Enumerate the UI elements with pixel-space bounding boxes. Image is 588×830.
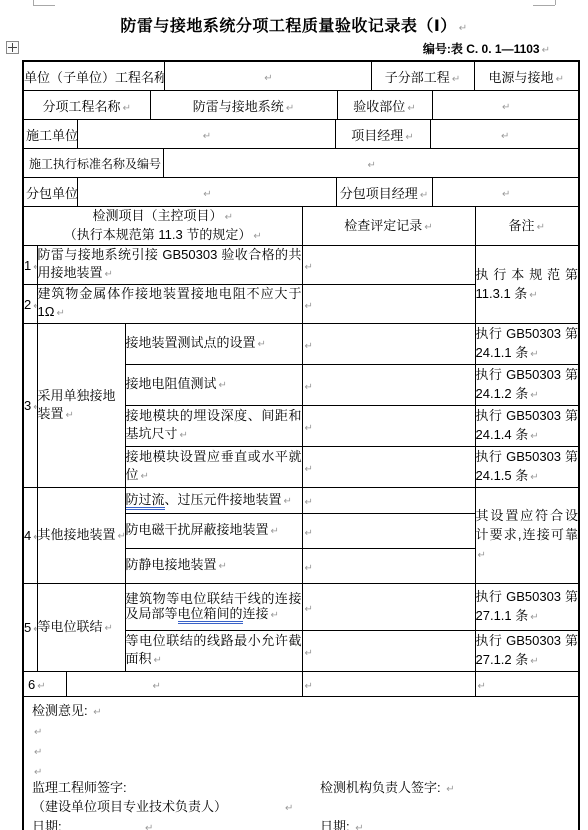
item-1-number: 1↵ (24, 246, 37, 285)
item-4-label: 其他接地装置↵ (37, 488, 125, 584)
acceptance-record-table: 单位（子单位）工程名称↵ ↵ 子分部工程↵ 电源与接地↵ 分项工程名称↵ 防雷与… (22, 60, 580, 830)
pilcrow-mark: ↵ (530, 656, 538, 667)
item-6-text-cell[interactable]: ↵ (66, 672, 302, 697)
pilcrow-mark: ↵ (180, 430, 188, 441)
item-2-eval-cell[interactable]: ↵ (302, 285, 475, 324)
item-5-sub-2-text: 等电位联结的线路最小允许截面积↵ (125, 631, 302, 672)
crop-mark (555, 0, 556, 5)
pilcrow-mark: ↵ (530, 612, 538, 623)
pilcrow-mark: ↵ (33, 402, 37, 413)
item-5-sub-2-eval-cell[interactable]: ↵ (302, 631, 475, 672)
inspection-opinion-block[interactable]: 检测意见: ↵ ↵ ↵ ↵ 监理工程师签字: 检测机构负责人签字: ↵ （建设单… (24, 697, 578, 830)
table-move-handle-icon[interactable] (6, 41, 19, 54)
item-3-sub-3-remark: 执行 GB50303 第 24.1.4 条↵ (475, 406, 578, 447)
pilcrow-mark: ↵ (253, 231, 261, 242)
cell-contractor-label: 施工单位↵ (24, 120, 77, 149)
pilcrow-mark: ↵ (305, 497, 313, 508)
cell-standard-name-label: 施工执行标准名称及编号↵ (24, 149, 163, 178)
pilcrow-mark: ↵ (530, 349, 538, 360)
cell-unit-project-name-label: 单位（子单位）工程名称↵ (24, 62, 164, 91)
pilcrow-mark: ↵ (368, 160, 376, 171)
info-row-3: 施工单位↵ ↵ 项目经理↵ ↵ (24, 120, 578, 149)
item-5-sub-1-eval-cell[interactable]: ↵ (302, 584, 475, 631)
pilcrow-mark: ↵ (93, 707, 101, 718)
pilcrow-mark: ↵ (34, 727, 42, 738)
date-label-right: 日期: ↵ (320, 818, 364, 830)
item-3-sub-1-eval-cell[interactable]: ↵ (302, 324, 475, 365)
item-4-remark: 其设置应符合设计要求,连接可靠↵ (475, 488, 578, 584)
pilcrow-mark: ↵ (530, 390, 538, 401)
pilcrow-mark: ↵ (203, 131, 211, 142)
item-3-number: 3↵ (24, 324, 37, 488)
cell-subitem-name-value: 防雷与接地系统↵ (150, 91, 337, 120)
item-3-sub-1-text: 接地装置测试点的设置↵ (125, 324, 302, 365)
cell-acceptance-part-value[interactable]: ↵ (432, 91, 578, 120)
pilcrow-mark: ↵ (305, 604, 313, 615)
cell-subcontractor-label: 分包单位↵ (24, 178, 77, 207)
pilcrow-mark: ↵ (305, 382, 313, 393)
pilcrow-mark: ↵ (355, 823, 363, 830)
pilcrow-mark: ↵ (34, 767, 42, 778)
pilcrow-mark: ↵ (305, 563, 313, 574)
pilcrow-mark: ↵ (285, 803, 293, 814)
cell-subcontractor-value[interactable]: ↵ (77, 178, 336, 207)
header-inspection-items: 检测项目（主控项目）↵ （执行本规范第 11.3 节的规定）↵ (24, 207, 302, 246)
cell-subdivision-label: 子分部工程↵ (371, 62, 474, 91)
item-5-number: 5↵ (24, 584, 37, 672)
cell-unit-project-name-value[interactable]: ↵ (164, 62, 371, 91)
pilcrow-mark: ↵ (305, 301, 313, 312)
pilcrow-mark: ↵ (305, 681, 313, 692)
pilcrow-mark: ↵ (33, 624, 37, 635)
pilcrow-mark: ↵ (542, 45, 550, 56)
pilcrow-mark: ↵ (33, 301, 37, 312)
pilcrow-mark: ↵ (258, 339, 266, 350)
pilcrow-mark: ↵ (141, 471, 149, 482)
cell-acceptance-part-label: 验收部位↵ (337, 91, 432, 120)
item-3-sub-4-remark: 执行 GB50303 第 24.1.5 条↵ (475, 447, 578, 488)
item-4-sub-3-eval-cell[interactable]: ↵ (302, 549, 475, 584)
pilcrow-mark: ↵ (271, 526, 279, 537)
pilcrow-mark: ↵ (305, 648, 313, 659)
cell-standard-name-value[interactable]: ↵ (163, 149, 578, 178)
pilcrow-mark: ↵ (556, 74, 564, 85)
pilcrow-mark: ↵ (264, 73, 272, 84)
pilcrow-mark: ↵ (530, 472, 538, 483)
construction-unit-note: （建设单位项目专业技术负责人）↵ (32, 798, 293, 818)
table-header-row: 检测项目（主控项目）↵ （执行本规范第 11.3 节的规定）↵ 检查评定记录↵ … (24, 207, 578, 246)
item-1-text: 防雷与接地系统引接 GB50303 验收合格的共用接地装置↵ (37, 246, 302, 285)
inspection-agency-signature-label: 检测机构负责人签字: ↵ (320, 779, 455, 799)
page-title: 防雷与接地系统分项工程质量验收记录表（Ⅰ）↵ (0, 13, 588, 36)
item-1-eval-cell[interactable]: ↵ (302, 246, 475, 285)
pilcrow-mark: ↵ (305, 464, 313, 475)
item-6-remark-cell[interactable]: ↵ (475, 672, 578, 697)
item-row-3-sub-1: 3↵ 采用单独接地装置↵ 接地装置测试点的设置↵ ↵ 执行 GB50303 第 … (24, 324, 578, 365)
doc-number-text: 编号:表 C. 0. 1—1103 (423, 42, 540, 56)
pilcrow-mark: ↵ (105, 269, 113, 280)
pilcrow-mark: ↵ (118, 531, 125, 542)
document-page: 防雷与接地系统分项工程质量验收记录表（Ⅰ）↵ 编号:表 C. 0. 1—1103… (0, 0, 588, 830)
cell-subdivision-value: 电源与接地↵ (474, 62, 578, 91)
pilcrow-mark: ↵ (56, 308, 64, 319)
pilcrow-mark: ↵ (407, 103, 415, 114)
header-evaluation-record: 检查评定记录↵ (302, 207, 475, 246)
info-row-5: 分包单位↵ ↵ 分包项目经理↵ ↵ (24, 178, 578, 207)
pilcrow-mark: ↵ (284, 496, 292, 507)
item-row-1: 1↵ 防雷与接地系统引接 GB50303 验收合格的共用接地装置↵ ↵ 执 行 … (24, 246, 578, 285)
pilcrow-mark: ↵ (37, 681, 45, 692)
pilcrow-mark: ↵ (420, 190, 428, 201)
info-row-2: 分项工程名称↵ 防雷与接地系统↵ 验收部位↵ ↵ (24, 91, 578, 120)
pilcrow-mark: ↵ (537, 222, 545, 233)
pilcrow-mark: ↵ (530, 431, 538, 442)
info-row-1: 单位（子单位）工程名称↵ ↵ 子分部工程↵ 电源与接地↵ (24, 62, 578, 91)
item-row-4-sub-1: 4↵ 其他接地装置↵ 防过流、过压元件接地装置↵ ↵ 其设置应符合设计要求,连接… (24, 488, 578, 514)
cell-project-manager-value[interactable]: ↵ (430, 120, 578, 149)
crop-mark (33, 5, 55, 6)
pilcrow-mark: ↵ (225, 212, 233, 223)
item-4-sub-2-eval-cell[interactable]: ↵ (302, 514, 475, 549)
info-row-4: 施工执行标准名称及编号↵ ↵ (24, 149, 578, 178)
pilcrow-mark: ↵ (34, 747, 42, 758)
item-3-sub-2-text: 接地电阻值测试↵ (125, 365, 302, 406)
item-4-sub-3-text: 防静电接地装置↵ (125, 549, 302, 584)
pilcrow-mark: ↵ (305, 528, 313, 539)
cell-project-manager-label: 项目经理↵ (335, 120, 430, 149)
item-5-sub-1-remark: 执行 GB50303 第 27.1.1 条↵ (475, 584, 578, 631)
pilcrow-mark: ↵ (33, 532, 37, 543)
pilcrow-mark: ↵ (154, 655, 162, 666)
cell-contractor-value[interactable]: ↵ (77, 120, 335, 149)
pilcrow-mark: ↵ (452, 74, 460, 85)
empty-line: ↵ (32, 742, 42, 762)
pilcrow-mark: ↵ (145, 823, 153, 830)
pilcrow-mark: ↵ (446, 784, 454, 795)
item-2-text: 建筑物金属体作接地装置接地电阻不应大于1Ω↵ (37, 285, 302, 324)
pilcrow-mark: ↵ (271, 610, 279, 621)
item-3-sub-1-remark: 执行 GB50303 第 24.1.1 条↵ (475, 324, 578, 365)
pilcrow-mark: ↵ (286, 103, 294, 114)
pilcrow-mark: ↵ (501, 131, 509, 142)
pilcrow-mark: ↵ (405, 132, 413, 143)
item-6-number: 6↵ (24, 672, 66, 697)
pilcrow-mark: ↵ (153, 681, 161, 692)
item-5-sub-1-text: 建筑物等电位联结干线的连接及局部等电位箱间的连接↵ (125, 584, 302, 631)
item-5-label: 等电位联结↵ (37, 584, 125, 672)
pilcrow-mark: ↵ (478, 681, 486, 692)
pilcrow-mark: ↵ (502, 189, 510, 200)
header-remark: 备注↵ (475, 207, 578, 246)
pilcrow-mark: ↵ (105, 623, 113, 634)
item-3-sub-2-eval-cell[interactable]: ↵ (302, 365, 475, 406)
supervisor-signature-label: 监理工程师签字: (32, 779, 127, 797)
item-1-2-remark: 执 行 本 规 范 第 11.3.1 条↵ (475, 246, 578, 324)
cell-sub-pm-label: 分包项目经理↵ (336, 178, 432, 207)
pilcrow-mark: ↵ (529, 290, 537, 301)
item-3-sub-4-text: 接地模块设置应垂直或水平就位↵ (125, 447, 302, 488)
doc-number: 编号:表 C. 0. 1—1103↵ (0, 40, 588, 57)
item-6-eval-cell[interactable]: ↵ (302, 672, 475, 697)
page-title-text: 防雷与接地系统分项工程质量验收记录表（Ⅰ） (120, 18, 456, 35)
item-4-sub-1-text: 防过流、过压元件接地装置↵ (125, 488, 302, 514)
pilcrow-mark: ↵ (33, 262, 37, 273)
item-row-5-sub-1: 5↵ 等电位联结↵ 建筑物等电位联结干线的连接及局部等电位箱间的连接↵ ↵ 执行… (24, 584, 578, 631)
item-3-sub-2-remark: 执行 GB50303 第 24.1.2 条↵ (475, 365, 578, 406)
cell-sub-pm-value[interactable]: ↵ (432, 178, 578, 207)
pilcrow-mark: ↵ (478, 550, 486, 561)
item-3-sub-3-eval-cell[interactable]: ↵ (302, 406, 475, 447)
item-2-number: 2↵ (24, 285, 37, 324)
pilcrow-mark: ↵ (305, 341, 313, 352)
pilcrow-mark: ↵ (219, 561, 227, 572)
item-row-6: 6↵ ↵ ↵ ↵ (24, 672, 578, 697)
items-table: 1↵ 防雷与接地系统引接 GB50303 验收合格的共用接地装置↵ ↵ 执 行 … (24, 246, 578, 697)
item-4-sub-1-eval-cell[interactable]: ↵ (302, 488, 475, 514)
date-label-left: 日期: (32, 818, 62, 830)
cell-subitem-name-label: 分项工程名称↵ (24, 91, 150, 120)
pilcrow-mark: ↵ (502, 102, 510, 113)
item-3-sub-3-text: 接地模块的埋设深度、间距和基坑尺寸↵ (125, 406, 302, 447)
pilcrow-mark: ↵ (305, 423, 313, 434)
pilcrow-mark: ↵ (305, 262, 313, 273)
item-5-sub-2-remark: 执行 GB50303 第 27.1.2 条↵ (475, 631, 578, 672)
pilcrow-mark: ↵ (459, 23, 468, 34)
pilcrow-mark: ↵ (424, 222, 432, 233)
pilcrow-mark: ↵ (66, 410, 74, 421)
empty-line: ↵ (32, 722, 42, 742)
item-4-number: 4↵ (24, 488, 37, 584)
end-paragraph: ↵ (143, 818, 153, 830)
opinion-label: 检测意见: ↵ (32, 702, 102, 722)
item-3-label: 采用单独接地装置↵ (37, 324, 125, 488)
pilcrow-mark: ↵ (219, 380, 227, 391)
crop-mark (533, 5, 555, 6)
item-4-sub-2-text: 防电磁干扰屏蔽接地装置↵ (125, 514, 302, 549)
item-3-sub-4-eval-cell[interactable]: ↵ (302, 447, 475, 488)
pilcrow-mark: ↵ (123, 103, 131, 114)
pilcrow-mark: ↵ (203, 189, 211, 200)
